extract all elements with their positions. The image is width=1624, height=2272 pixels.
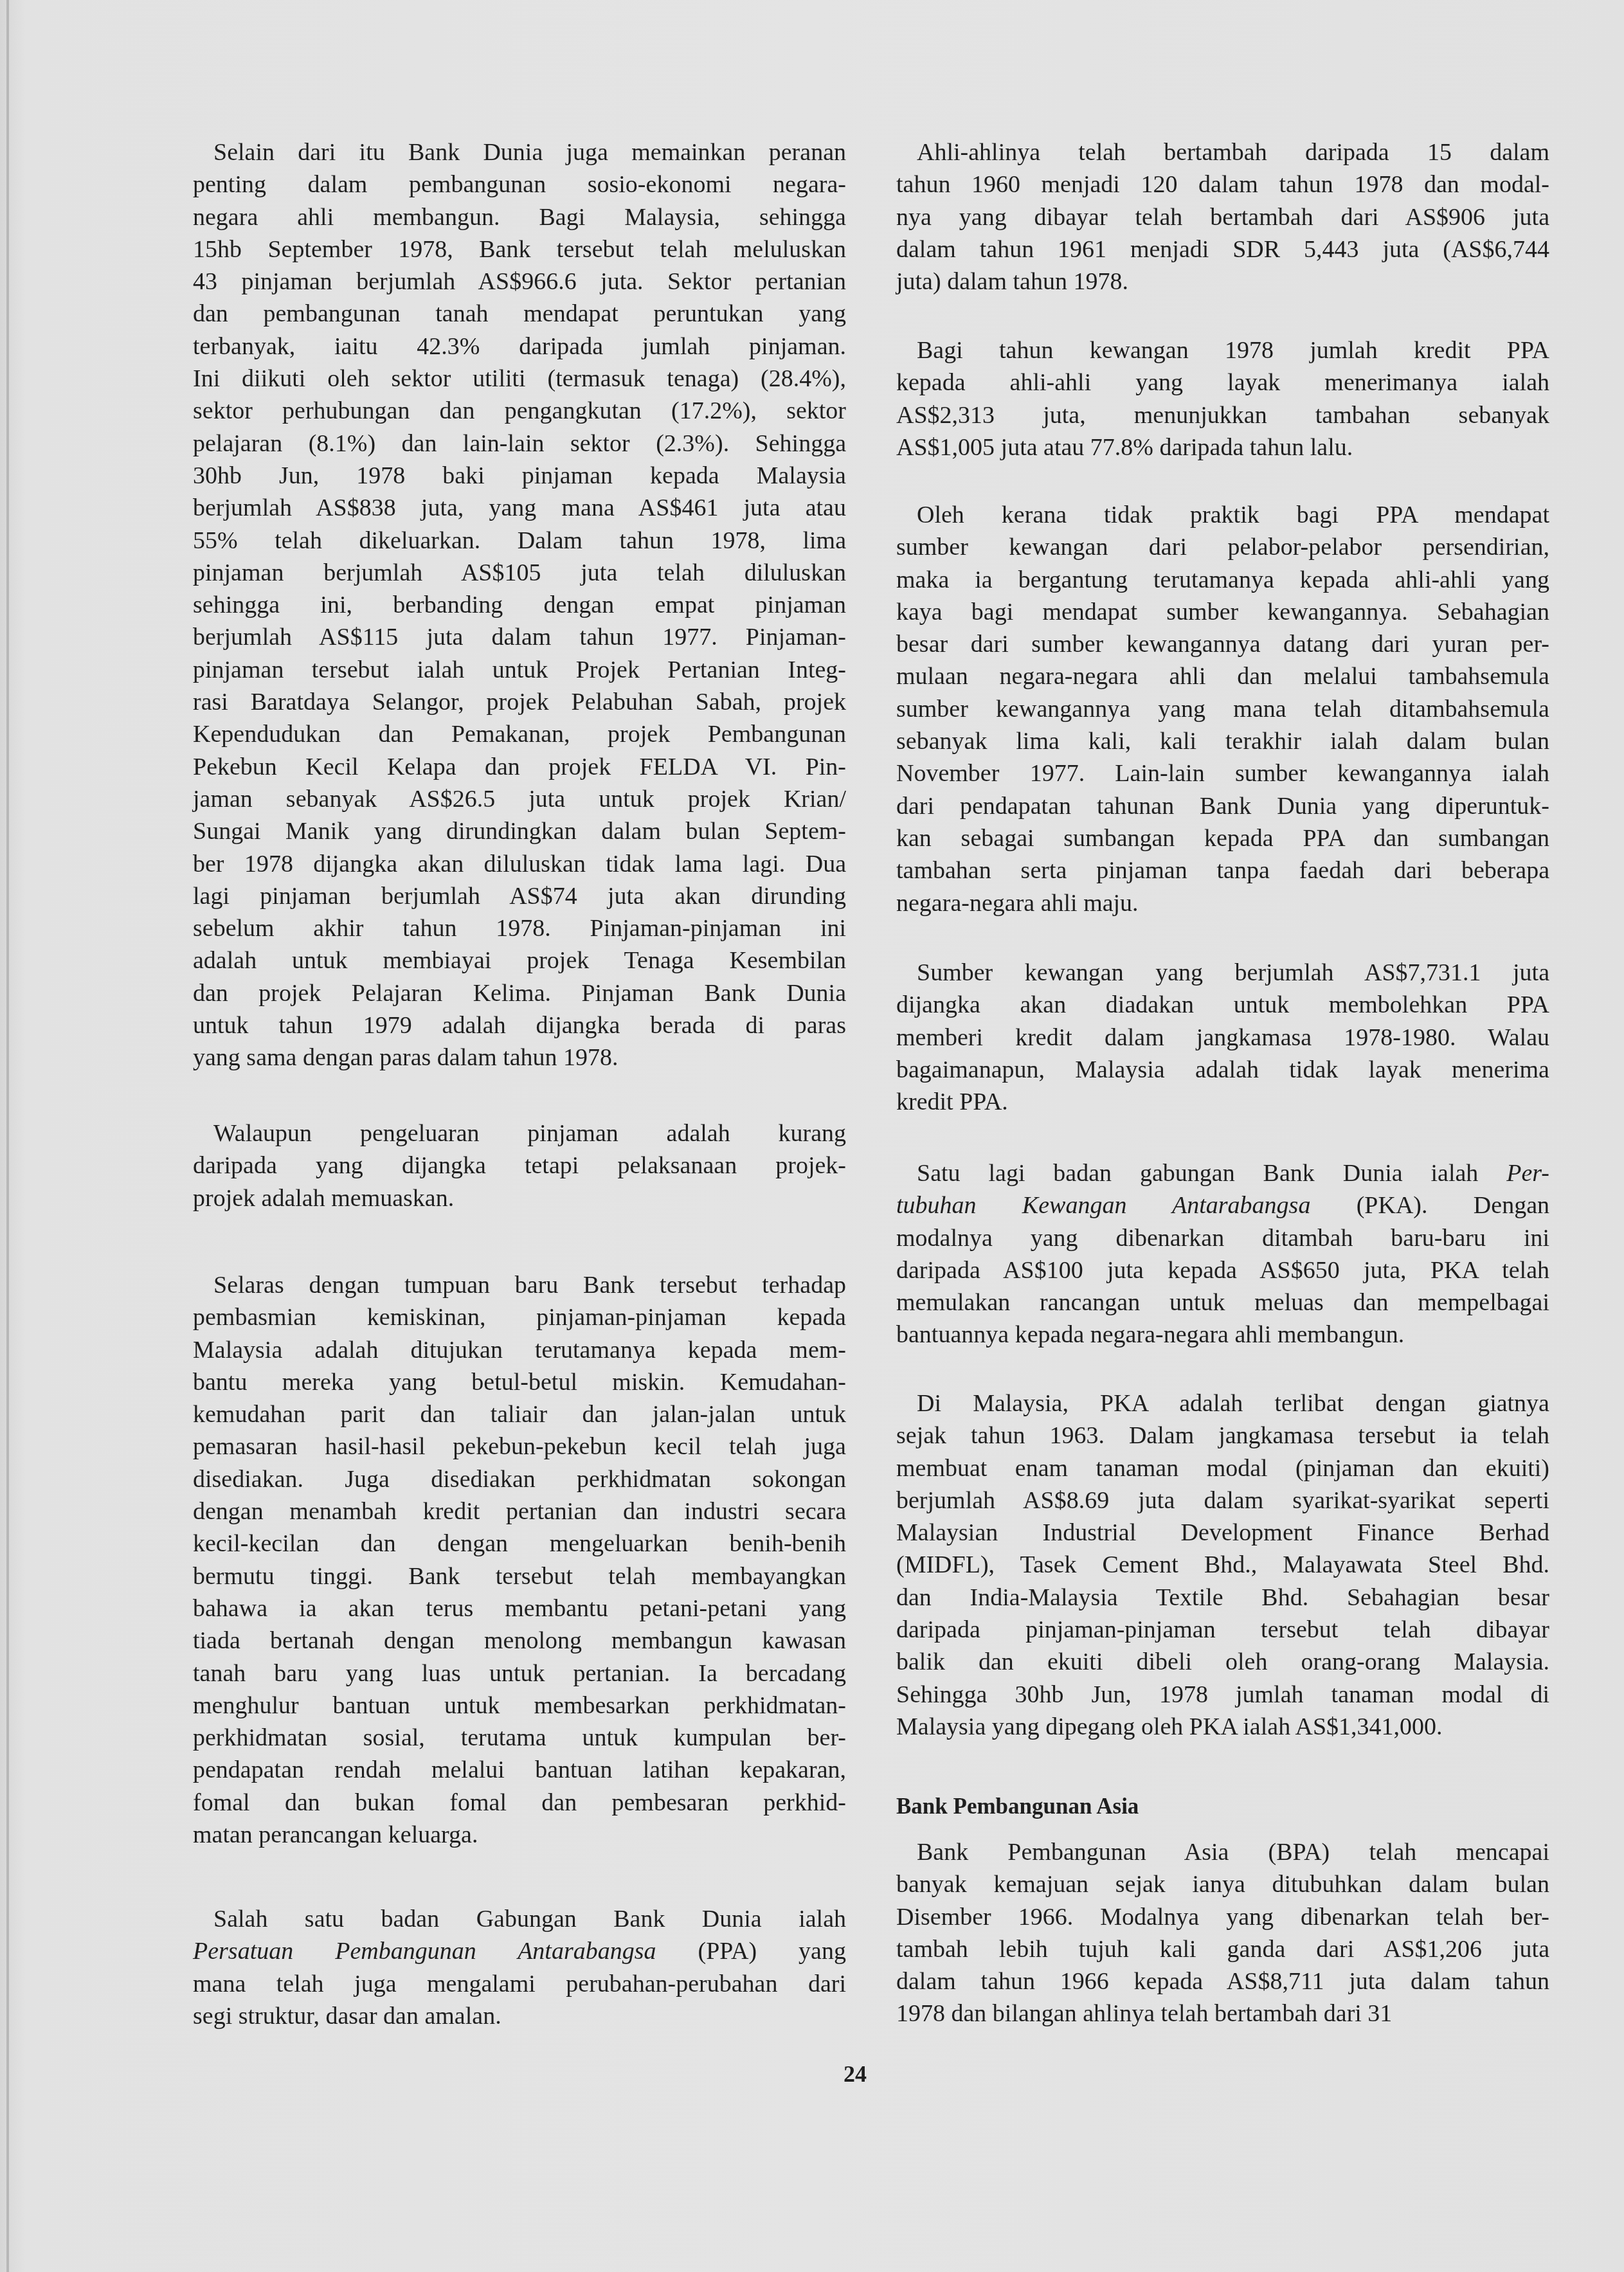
text-line: negara-negara ahli maju. <box>896 887 1549 919</box>
text-line: matan perancangan keluarga. <box>193 1819 846 1851</box>
italic-term: Persatuan Pembangunan Antarabangsa <box>193 1938 656 1965</box>
text-line: berjumlah AS$8.69 juta dalam syarikat-sy… <box>896 1484 1549 1517</box>
text-line: adalah untuk membiayai projek Tenaga Kes… <box>193 944 846 977</box>
paragraph-sumber-kewangan: Sumber kewangan yang berjumlah AS$7,731.… <box>896 957 1549 1118</box>
text-line: segi struktur, dasar dan amalan. <box>193 2000 846 2032</box>
text-line: maka ia bergantung terutamanya kepada ah… <box>896 564 1549 596</box>
text-line: fomal dan bukan fomal dan pembesaran per… <box>193 1787 846 1819</box>
text-line: banyak kemajuan sejak ianya ditubuhkan d… <box>896 1868 1549 1900</box>
text-line: 15hb September 1978, Bank tersebut telah… <box>193 233 846 266</box>
text-line: pinjaman tersebut ialah untuk Projek Per… <box>193 654 846 686</box>
text-line: pendapatan rendah melalui bantuan latiha… <box>193 1754 846 1786</box>
paragraph-bagi-tahun-kewangan: Bagi tahun kewangan 1978 jumlah kredit P… <box>896 334 1549 464</box>
text-line: jaman sebanyak AS$26.5 juta untuk projek… <box>193 783 846 815</box>
text-line: pelajaran (8.1%) dan lain-lain sektor (2… <box>193 428 846 460</box>
text-line: Sehingga 30hb Jun, 1978 jumlah tanaman m… <box>896 1679 1549 1711</box>
text-line: berjumlah AS$838 juta, yang mana AS$461 … <box>193 492 846 524</box>
text-line: lagi pinjaman berjumlah AS$74 juta akan … <box>193 880 846 912</box>
text-line: 55% telah dikeluarkan. Dalam tahun 1978,… <box>193 525 846 557</box>
text-line: tambahan serta pinjaman tanpa faedah dar… <box>896 854 1549 887</box>
text-line: yang sama dengan paras dalam tahun 1978. <box>193 1041 846 1074</box>
text-line: mulaan negara-negara ahli dan melalui ta… <box>896 660 1549 692</box>
text-line: Sumber kewangan yang berjumlah AS$7,731.… <box>896 957 1549 989</box>
text-line: sektor perhubungan dan pengangkutan (17.… <box>193 395 846 427</box>
section-heading-bank-pembangunan-asia: Bank Pembangunan Asia <box>896 1790 1139 1823</box>
text-line: projek adalah memuaskan. <box>193 1182 846 1214</box>
text-line: daripada pinjaman-pinjaman tersebut tela… <box>896 1614 1549 1646</box>
text-line: terbanyak, iaitu 42.3% daripada jumlah p… <box>193 330 846 363</box>
text-line: mana telah juga mengalami perubahan-peru… <box>193 1968 846 2000</box>
text-line: Pekebun Kecil Kelapa dan projek FELDA VI… <box>193 751 846 783</box>
text-line: 1978 dan bilangan ahlinya telah bertamba… <box>896 1997 1549 2030</box>
text-line: kemudahan parit dan taliair dan jalan-ja… <box>193 1398 846 1430</box>
text-line: penting dalam pembangunan sosio-ekonomi … <box>193 168 846 201</box>
text-line: Disember 1966. Modalnya yang dibenarkan … <box>896 1901 1549 1933</box>
text-line: tiada bertanah dengan menolong membangun… <box>193 1625 846 1657</box>
text-line: tahun 1960 menjadi 120 dalam tahun 1978 … <box>896 168 1549 201</box>
text-line: Selaras dengan tumpuan baru Bank tersebu… <box>193 1269 846 1301</box>
text-line: AS$1,005 juta atau 77.8% daripada tahun … <box>896 431 1549 464</box>
text-line: dalam tahun 1966 kepada AS$8,711 juta da… <box>896 1965 1549 1997</box>
text-line: dijangka akan diadakan untuk membolehkan… <box>896 989 1549 1021</box>
text-line: Salah satu badan Gabungan Bank Dunia ial… <box>193 1903 846 1935</box>
text-line: daripada AS$100 juta kepada AS$650 juta,… <box>896 1254 1549 1286</box>
text-line: November 1977. Lain-lain sumber kewangan… <box>896 757 1549 789</box>
text-line: memberi kredit dalam jangkamasa 1978-198… <box>896 1022 1549 1054</box>
text-line: sumber kewangan dari pelabor-pelabor per… <box>896 531 1549 563</box>
text-line: membuat enam tanaman modal (pinjaman dan… <box>896 1452 1549 1484</box>
text-line: Ahli-ahlinya telah bertambah daripada 15… <box>896 136 1549 168</box>
text-line: kaya bagi mendapat sumber kewangannya. S… <box>896 596 1549 628</box>
text-line: dalam tahun 1961 menjadi SDR 5,443 juta … <box>896 233 1549 266</box>
text-line: tubuhan Kewangan Antarabangsa (PKA). Den… <box>896 1189 1549 1222</box>
text-line: sejak tahun 1963. Dalam jangkamasa terse… <box>896 1420 1549 1452</box>
paragraph-ahli-ahlinya: Ahli-ahlinya telah bertambah daripada 15… <box>896 136 1549 298</box>
text-line: ber 1978 dijangka akan diluluskan tidak … <box>193 848 846 880</box>
text-line: sumber kewangannya yang mana telah ditam… <box>896 693 1549 725</box>
page-number: 24 <box>844 2060 867 2087</box>
paragraph-oleh-kerana: Oleh kerana tidak praktik bagi PPA menda… <box>896 499 1549 919</box>
text-line: AS$2,313 juta, menunjukkan tambahan seba… <box>896 399 1549 431</box>
text-line: memulakan rancangan untuk meluas dan mem… <box>896 1286 1549 1319</box>
document-page: Selain dari itu Bank Dunia juga memainka… <box>0 0 1624 2272</box>
text-line: sebelum akhir tahun 1978. Pinjaman-pinja… <box>193 912 846 944</box>
paragraph-walaupun: Walaupun pengeluaran pinjaman adalah kur… <box>193 1117 846 1214</box>
text-line: bermutu tinggi. Bank tersebut telah memb… <box>193 1560 846 1592</box>
text-line: Walaupun pengeluaran pinjaman adalah kur… <box>193 1117 846 1150</box>
text-line: 30hb Jun, 1978 baki pinjaman kepada Mala… <box>193 460 846 492</box>
text-line: dan projek Pelajaran Kelima. Pinjaman Ba… <box>193 977 846 1009</box>
text-line: bahawa ia akan terus membantu petani-pet… <box>193 1592 846 1625</box>
text-line: berjumlah AS$115 juta dalam tahun 1977. … <box>193 621 846 653</box>
text-line: pemasaran hasil-hasil pekebun-pekebun ke… <box>193 1430 846 1463</box>
text-line: Malaysia adalah ditujukan terutamanya ke… <box>193 1334 846 1366</box>
text-line: balik dan ekuiti dibeli oleh orang-orang… <box>896 1646 1549 1678</box>
text-line: Selain dari itu Bank Dunia juga memainka… <box>193 136 846 168</box>
italic-term: tubuhan Kewangan Antarabangsa <box>896 1192 1310 1219</box>
text-line: kredit PPA. <box>896 1086 1549 1118</box>
paragraph-bpa: Bank Pembangunan Asia (BPA) telah mencap… <box>896 1836 1549 2030</box>
text-line: dan India-Malaysia Textile Bhd. Sebahagi… <box>896 1582 1549 1614</box>
paragraph-bank-dunia-peranan: Selain dari itu Bank Dunia juga memainka… <box>193 136 846 1074</box>
text-line: besar dari sumber kewangannya datang dar… <box>896 628 1549 660</box>
text-line: 43 pinjaman berjumlah AS$966.6 juta. Sek… <box>193 266 846 298</box>
paragraph-di-malaysia-pka: Di Malaysia, PKA adalah terlibat dengan … <box>896 1387 1549 1743</box>
text-line: pinjaman berjumlah AS$105 juta telah dil… <box>193 557 846 589</box>
text-line: tambah lebih tujuh kali ganda dari AS$1,… <box>896 1933 1549 1965</box>
text-line: menghulur bantuan untuk membesarkan perk… <box>193 1690 846 1722</box>
paragraph-satu-lagi-pka: Satu lagi badan gabungan Bank Dunia iala… <box>896 1157 1549 1351</box>
text-line: dan pembangunan tanah mendapat peruntuka… <box>193 298 846 330</box>
text-line: Oleh kerana tidak praktik bagi PPA menda… <box>896 499 1549 531</box>
text-line: Di Malaysia, PKA adalah terlibat dengan … <box>896 1387 1549 1420</box>
text-line: Sungai Manik yang dirundingkan dalam bul… <box>193 815 846 847</box>
paragraph-selaras: Selaras dengan tumpuan baru Bank tersebu… <box>193 1269 846 1851</box>
text-line: dari pendapatan tahunan Bank Dunia yang … <box>896 790 1549 822</box>
text-line: kepada ahli-ahli yang layak menerimanya … <box>896 366 1549 399</box>
text-line: tanah baru yang luas untuk pertanian. Ia… <box>193 1657 846 1690</box>
paragraph-salah-satu-ppa: Salah satu badan Gabungan Bank Dunia ial… <box>193 1903 846 2032</box>
text-line: Persatuan Pembangunan Antarabangsa (PPA)… <box>193 1935 846 1967</box>
text-line: perkhidmatan sosial, terutama untuk kump… <box>193 1722 846 1754</box>
text-line: kecil-kecilan dan dengan mengeluarkan be… <box>193 1528 846 1560</box>
text-line: Malaysian Industrial Development Finance… <box>896 1517 1549 1549</box>
text-line: pembasmian kemiskinan, pinjaman-pinjaman… <box>193 1301 846 1333</box>
text-line: Satu lagi badan gabungan Bank Dunia iala… <box>896 1157 1549 1189</box>
text-line: sebanyak lima kali, kali terakhir ialah … <box>896 725 1549 757</box>
text-line: dengan menambah kredit pertanian dan ind… <box>193 1495 846 1528</box>
italic-term: Per- <box>1506 1160 1549 1187</box>
text-line: bagaimanapun, Malaysia adalah tidak laya… <box>896 1054 1549 1086</box>
text-line: rasi Baratdaya Selangor, projek Pelabuha… <box>193 686 846 718</box>
text-line: Malaysia yang dipegang oleh PKA ialah AS… <box>896 1711 1549 1743</box>
text-line: bantu mereka yang betul-betul miskin. Ke… <box>193 1366 846 1398</box>
text-line: negara ahli membangun. Bagi Malaysia, se… <box>193 201 846 233</box>
text-line: (MIDFL), Tasek Cement Bhd., Malayawata S… <box>896 1549 1549 1581</box>
text-line: daripada yang dijangka tetapi pelaksanaa… <box>193 1150 846 1182</box>
text-line: juta) dalam tahun 1978. <box>896 266 1549 298</box>
text-line: Kependudukan dan Pemakanan, projek Pemba… <box>193 718 846 750</box>
text-line: bantuannya kepada negara-negara ahli mem… <box>896 1319 1549 1351</box>
text-line: Bagi tahun kewangan 1978 jumlah kredit P… <box>896 334 1549 366</box>
page-binding-edge <box>6 0 9 2272</box>
text-line: modalnya yang dibenarkan ditambah baru-b… <box>896 1222 1549 1254</box>
text-line: Ini diikuti oleh sektor utiliti (termasu… <box>193 363 846 395</box>
text-line: untuk tahun 1979 adalah dijangka berada … <box>193 1009 846 1041</box>
text-line: Bank Pembangunan Asia (BPA) telah mencap… <box>896 1836 1549 1868</box>
text-line: sehingga ini, berbanding dengan empat pi… <box>193 589 846 621</box>
text-line: nya yang dibayar telah bertambah dari AS… <box>896 201 1549 233</box>
text-line: kan sebagai sumbangan kepada PPA dan sum… <box>896 822 1549 854</box>
text-line: disediakan. Juga disediakan perkhidmatan… <box>193 1463 846 1495</box>
